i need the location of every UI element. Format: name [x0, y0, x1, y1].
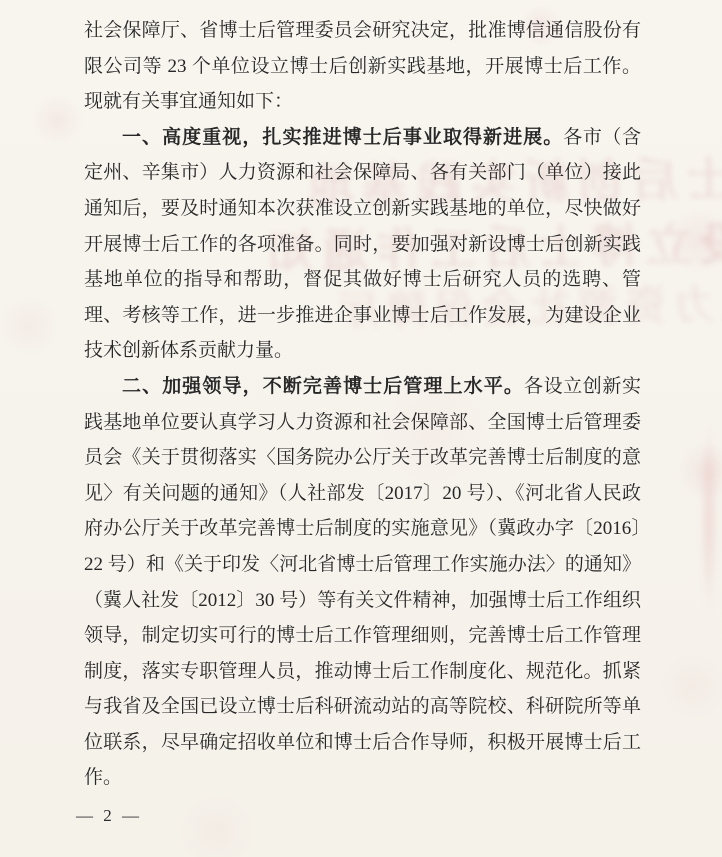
section-1-heading: 一、高度重视，扎实推进博士后事业取得新进展。 [122, 127, 563, 148]
document-page-body: 社会保障厅、省博士后管理委员会研究决定，批准博信通信股份有限公司等 23 个单位… [84, 13, 641, 796]
paragraph-text: 各市（含定州、辛集市）人力资源和社会保障局、各有关部门（单位）接此通知后，要及时… [84, 127, 641, 362]
section-2-paragraph: 二、加强领导，不断完善博士后管理上水平。各设立创新实践基地单位要认真学习人力资源… [84, 369, 641, 796]
body-paragraph-continuation: 社会保障厅、省博士后管理委员会研究决定，批准博信通信股份有限公司等 23 个单位… [84, 13, 641, 120]
section-1-paragraph: 一、高度重视，扎实推进博士后事业取得新进展。各市（含定州、辛集市）人力资源和社会… [84, 120, 641, 369]
scan-edge-smudge [700, 420, 718, 620]
paragraph-text: 各设立创新实践基地单位要认真学习人力资源和社会保障部、全国博士后管理委员会《关于… [84, 376, 641, 789]
section-2-heading: 二、加强领导，不断完善博士后管理上水平。 [122, 376, 524, 397]
page-number: — 2 — [76, 806, 142, 826]
paragraph-text: 社会保障厅、省博士后管理委员会研究决定，批准博信通信股份有限公司等 23 个单位… [84, 20, 641, 112]
